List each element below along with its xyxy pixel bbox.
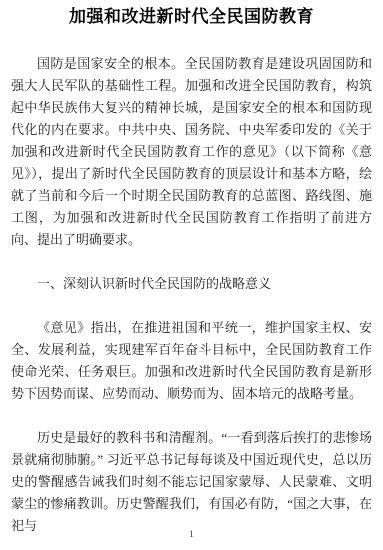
body-paragraph-2: 《意见》指出，在推进祖国和平统一，维护国家主权、安全、发展利益，实现建军百年奋斗… (11, 317, 372, 405)
body-paragraph-3: 历史是最好的教科书和清醒剂。“一看到落后挨打的悲惨场景就痛彻肺腑。” 习近平总书… (11, 427, 372, 537)
body-paragraph-1: 国防是国家安全的根本。全民国防教育是建设巩固国防和强大人民军队的基础性工程。加强… (11, 53, 372, 251)
section-heading-1: 一、深刻认识新时代全民国防的战略意义 (11, 273, 372, 295)
document-body: 国防是国家安全的根本。全民国防教育是建设巩固国防和强大人民军队的基础性工程。加强… (11, 53, 372, 537)
document-title: 加强和改进新时代全民国防教育 (11, 5, 372, 29)
page-number: 1 (0, 529, 383, 539)
document-page: 加强和改进新时代全民国防教育 国防是国家安全的根本。全民国防教育是建设巩固国防和… (0, 0, 383, 550)
